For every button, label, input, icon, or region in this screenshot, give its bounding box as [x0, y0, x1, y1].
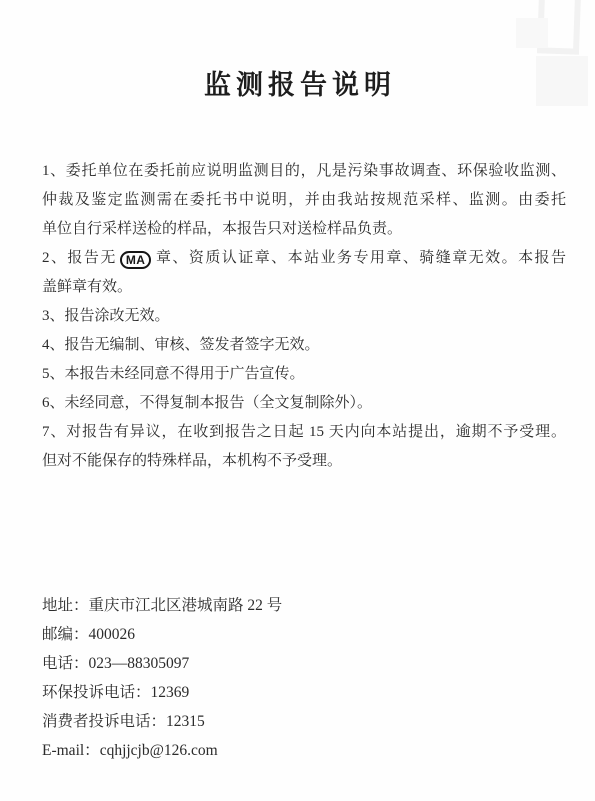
note-text: 5、本报告未经同意不得用于广告宣传。 — [42, 366, 305, 382]
contact-line-phone: 电话：023—88305097 — [42, 649, 492, 678]
note-line: 7、对报告有异议，在收到报告之日起 15 天内向本站提出，逾期不予受理。 — [42, 418, 566, 447]
note-text: 2、报告无 — [42, 250, 117, 266]
contact-line-email: E-mail：cqhjjcjb@126.com — [42, 736, 492, 765]
contact-label: 消费者投诉电话： — [42, 713, 166, 730]
contact-value: 重庆市江北区港城南路 22 号 — [89, 597, 283, 614]
note-line: 4、报告无编制、审核、签发者签字无效。 — [42, 331, 566, 360]
contact-value: 12315 — [166, 713, 205, 730]
contact-label: 邮编： — [42, 626, 89, 643]
contact-label: 地址： — [42, 597, 89, 614]
contact-line-postcode: 邮编：400026 — [42, 620, 492, 649]
note-text: 单位自行采样送检的样品，本报告只对送检样品负责。 — [42, 221, 402, 237]
contact-label: 环保投诉电话： — [42, 684, 151, 701]
note-line: 盖鲜章有效。 — [42, 273, 566, 302]
note-line: 但对不能保存的特殊样品，本机构不予受理。 — [42, 447, 566, 476]
contact-info-block: 地址：重庆市江北区港城南路 22 号 邮编：400026 电话：023—8830… — [42, 591, 492, 765]
note-text: 3、报告涂改无效。 — [42, 308, 170, 324]
note-text: 但对不能保存的特殊样品，本机构不予受理。 — [42, 453, 342, 469]
contact-line-env-hotline: 环保投诉电话：12369 — [42, 678, 492, 707]
note-line: 1、委托单位在委托前应说明监测目的，凡是污染事故调查、环保验收监测、 — [42, 157, 566, 186]
note-text: 章、资质认证章、本站业务专用章、骑缝章无效。本报告 — [154, 250, 566, 266]
note-line: 仲裁及鉴定监测需在委托书中说明，并由我站按规范采样、监测。由委托 — [42, 186, 566, 215]
scan-artifact — [537, 0, 581, 55]
page-title: 监测报告说明 — [0, 67, 595, 103]
note-line: 3、报告涂改无效。 — [42, 302, 566, 331]
note-text: 7、对报告有异议，在收到报告之日起 15 天内向本站提出，逾期不予受理。 — [42, 424, 566, 440]
cma-mark-label: MA — [126, 253, 146, 267]
report-notes-list: 1、委托单位在委托前应说明监测目的，凡是污染事故调查、环保验收监测、 仲裁及鉴定… — [42, 157, 566, 476]
note-line: 单位自行采样送检的样品，本报告只对送检样品负责。 — [42, 215, 566, 244]
note-text: 1、委托单位在委托前应说明监测目的，凡是污染事故调查、环保验收监测、 — [42, 163, 566, 179]
note-line: 5、本报告未经同意不得用于广告宣传。 — [42, 360, 566, 389]
note-line: 2、报告无MA章、资质认证章、本站业务专用章、骑缝章无效。本报告 — [42, 244, 566, 273]
note-text: 6、未经同意，不得复制本报告（全文复制除外）。 — [42, 395, 372, 411]
contact-value: 023—88305097 — [89, 655, 190, 672]
contact-label: E-mail： — [42, 742, 100, 759]
contact-label: 电话： — [42, 655, 89, 672]
contact-value: 12369 — [151, 684, 190, 701]
note-text: 仲裁及鉴定监测需在委托书中说明，并由我站按规范采样、监测。由委托 — [42, 192, 566, 208]
note-text: 4、报告无编制、审核、签发者签字无效。 — [42, 337, 320, 353]
contact-value: cqhjjcjb@126.com — [100, 742, 218, 759]
cma-accreditation-mark-icon: MA — [120, 251, 152, 269]
note-text: 盖鲜章有效。 — [42, 279, 132, 295]
contact-value: 400026 — [89, 626, 136, 643]
report-notes-page: 监测报告说明 1、委托单位在委托前应说明监测目的，凡是污染事故调查、环保验收监测… — [0, 0, 595, 801]
contact-line-consumer-hotline: 消费者投诉电话：12315 — [42, 707, 492, 736]
contact-line-address: 地址：重庆市江北区港城南路 22 号 — [42, 591, 492, 620]
note-line: 6、未经同意，不得复制本报告（全文复制除外）。 — [42, 389, 566, 418]
